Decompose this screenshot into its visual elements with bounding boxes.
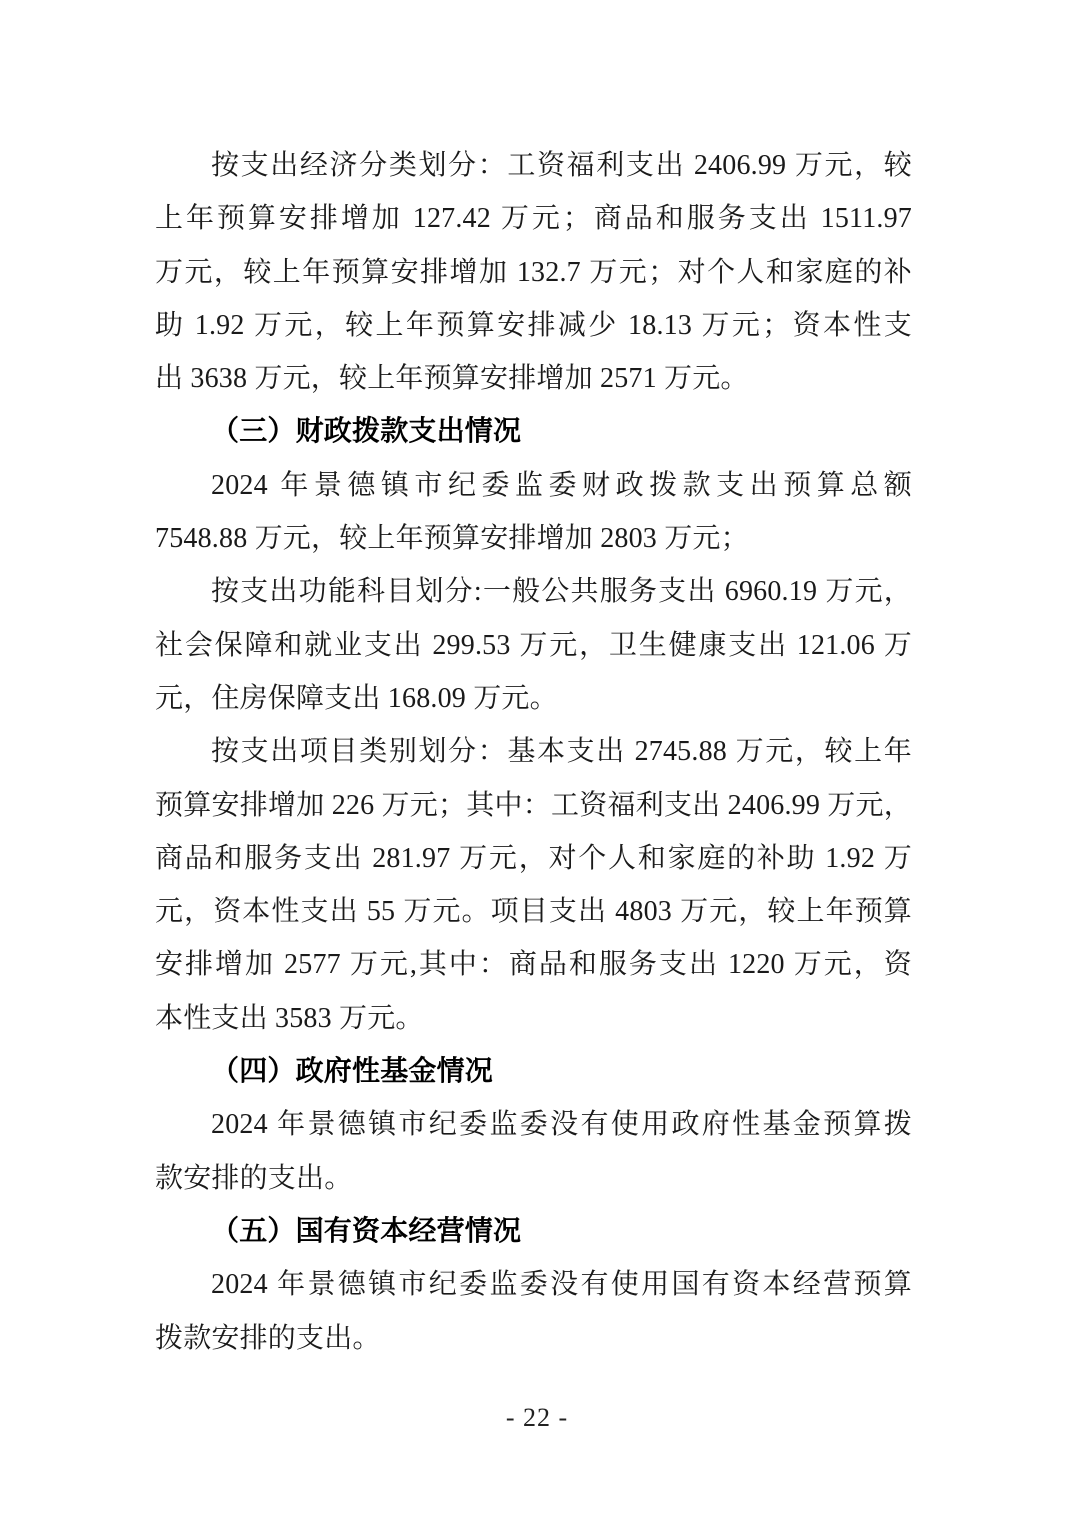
body-line: 按支出经济分类划分：工资福利支出 2406.99 万元，较	[155, 139, 912, 192]
document-page: 按支出经济分类划分：工资福利支出 2406.99 万元，较 上年预算安排增加 1…	[0, 0, 1074, 1520]
document-body: 按支出经济分类划分：工资福利支出 2406.99 万元，较 上年预算安排增加 1…	[155, 139, 912, 1365]
body-line: 2024 年景德镇市纪委监委没有使用国有资本经营预算	[155, 1258, 912, 1311]
body-line: 社会保障和就业支出 299.53 万元，卫生健康支出 121.06 万	[155, 619, 912, 672]
body-line: 万元，较上年预算安排增加 132.7 万元；对个人和家庭的补	[155, 246, 912, 299]
body-line: 按支出功能科目划分:一般公共服务支出 6960.19 万元，	[155, 565, 912, 618]
body-line: 拨款安排的支出。	[155, 1312, 912, 1365]
body-line: 助 1.92 万元，较上年预算安排减少 18.13 万元；资本性支	[155, 299, 912, 352]
body-line: 元，资本性支出 55 万元。项目支出 4803 万元，较上年预算	[155, 885, 912, 938]
section-heading-state-capital-operation: （五）国有资本经营情况	[155, 1205, 912, 1258]
body-line: 款安排的支出。	[155, 1152, 912, 1205]
page-number: - 22 -	[0, 1403, 1074, 1433]
body-line: 本性支出 3583 万元。	[155, 992, 912, 1045]
body-line: 元，住房保障支出 168.09 万元。	[155, 672, 912, 725]
section-heading-government-fund: （四）政府性基金情况	[155, 1045, 912, 1098]
body-line: 预算安排增加 226 万元；其中：工资福利支出 2406.99 万元，	[155, 779, 912, 832]
body-line: 按支出项目类别划分：基本支出 2745.88 万元，较上年	[155, 725, 912, 778]
body-line: 2024 年景德镇市纪委监委财政拨款支出预算总额	[155, 459, 912, 512]
body-line: 安排增加 2577 万元,其中：商品和服务支出 1220 万元，资	[155, 938, 912, 991]
body-line: 上年预算安排增加 127.42 万元；商品和服务支出 1511.97	[155, 192, 912, 245]
body-line: 7548.88 万元，较上年预算安排增加 2803 万元；	[155, 512, 912, 565]
body-line: 2024 年景德镇市纪委监委没有使用政府性基金预算拨	[155, 1098, 912, 1151]
section-heading-fiscal-appropriation-expenditure: （三）财政拨款支出情况	[155, 405, 912, 458]
body-line: 商品和服务支出 281.97 万元，对个人和家庭的补助 1.92 万	[155, 832, 912, 885]
body-line: 出 3638 万元，较上年预算安排增加 2571 万元。	[155, 352, 912, 405]
